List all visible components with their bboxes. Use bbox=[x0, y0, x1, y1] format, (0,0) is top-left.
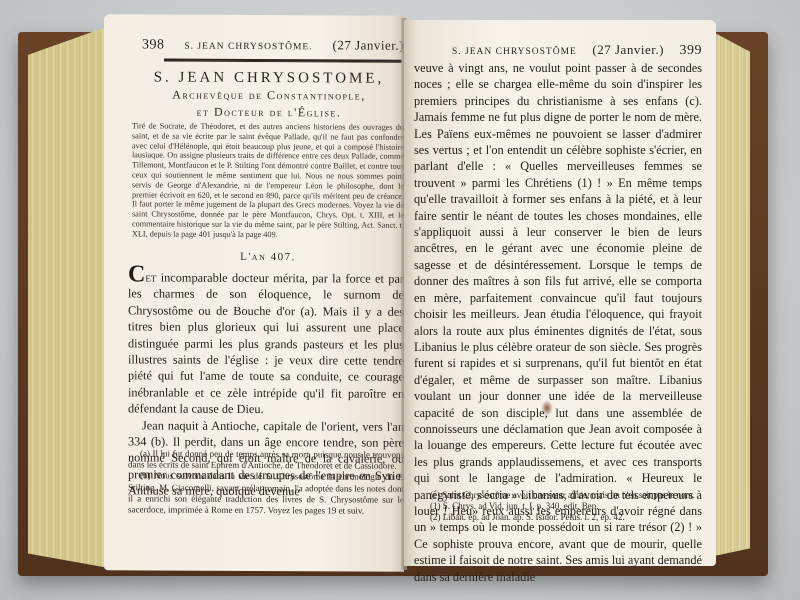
running-head-title: S. Jean Chrysostôme. bbox=[184, 42, 312, 53]
drop-cap: C bbox=[128, 261, 145, 287]
page-number-left: 398 bbox=[142, 37, 165, 53]
sources-summary: Tiré de Socrate, de Théodoret, et des au… bbox=[132, 121, 404, 240]
chapter-title: S. JEAN CHRYSOSTOME, Archevêque de Const… bbox=[134, 69, 404, 121]
ink-stain bbox=[541, 400, 553, 416]
paragraph: Cet incomparable docteur mérita, par la … bbox=[128, 266, 404, 418]
right-page: S. Jean Chrysostôme (27 Janvier.) 399 ve… bbox=[404, 20, 716, 566]
chapter-title-line3: et Docteur de l'Église. bbox=[134, 103, 404, 121]
footnote: (a) Il lui fut donné peu de temps après … bbox=[128, 448, 404, 472]
running-head-date: (27 Janvier.) bbox=[333, 37, 404, 53]
chapter-title-line1: S. JEAN CHRYSOSTOME, bbox=[134, 69, 404, 87]
running-head-date: (27 Janvier.) bbox=[592, 42, 663, 58]
title-rule bbox=[164, 59, 402, 63]
year-heading: L'an 407. bbox=[132, 250, 404, 263]
footnote: (1) S. Chrys. ad Vid. jun. t. I, p. 340,… bbox=[418, 501, 702, 512]
paragraph-text: incomparable docteur mérita, par la forc… bbox=[128, 270, 404, 416]
footnote: (2) Liban. ep. ad Joan. ap. S. Isidor. P… bbox=[418, 512, 702, 523]
left-page: 398 S. Jean Chrysostôme. (27 Janvier.) S… bbox=[104, 14, 404, 572]
chapter-title-line2: Archevêque de Constantinople, bbox=[134, 86, 404, 104]
right-footnotes: (c) Saint Chrysostôme avoit une sœur aîn… bbox=[418, 490, 702, 524]
page-number-right: 399 bbox=[679, 43, 702, 59]
right-running-head: S. Jean Chrysostôme (27 Janvier.) 399 bbox=[452, 42, 702, 59]
left-footnotes: (a) Il lui fut donné peu de temps après … bbox=[128, 448, 404, 517]
left-running-head: 398 S. Jean Chrysostôme. (27 Janvier.) bbox=[142, 36, 404, 54]
lead-in: et bbox=[145, 270, 156, 284]
footnote: (b) Nous suivons dans la vie de S. Chrys… bbox=[128, 471, 404, 517]
footnote: (c) Saint Chrysostôme avoit une sœur aîn… bbox=[418, 490, 702, 501]
running-head-title: S. Jean Chrysostôme bbox=[452, 47, 577, 57]
